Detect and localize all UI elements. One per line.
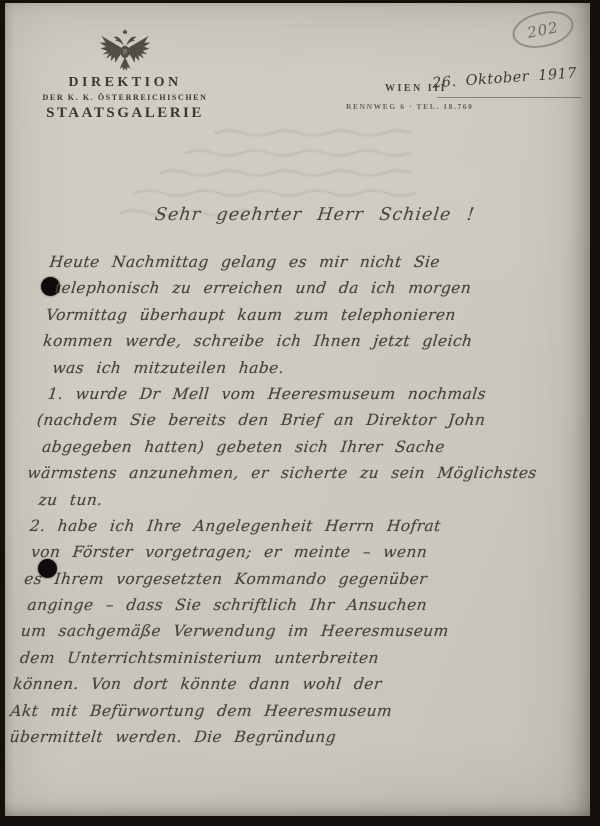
handwritten-line: Heute Nachmittag gelang es mir nicht Sie <box>48 249 556 275</box>
handwritten-line: können. Von dort könnte dann wohl der <box>4 671 512 697</box>
handwritten-line: (nachdem Sie bereits den Brief an Direkt… <box>32 407 540 433</box>
handwritten-line: 2. habe ich Ihre Angelegenheit Herrn Hof… <box>20 513 528 539</box>
letterhead-der-kk: DER K. K. ÖSTERREICHISCHEN <box>22 92 228 103</box>
handwritten-line: abgegeben hatten) gebeten sich Ihrer Sac… <box>29 434 537 460</box>
handwritten-line: von Förster vorgetragen; er meinte – wen… <box>18 539 526 565</box>
handwritten-line: übermittelt werden. Die Begründung <box>0 724 506 750</box>
handwritten-line: um sachgemäße Verwendung im Heeresmuseum <box>9 618 517 644</box>
handwritten-line: dem Unterrichtsministerium unterbreiten <box>7 645 515 671</box>
folio-number: 202 <box>526 18 560 42</box>
handwritten-line: kommen werde, schreibe ich Ihnen jetzt g… <box>40 328 548 354</box>
handwriting-body: Heute Nachmittag gelang es mir nicht Sie… <box>0 249 556 750</box>
letterhead-staatsgalerie: STAATSGALERIE <box>22 105 228 121</box>
handwritten-line: wärmstens anzunehmen, er sicherte zu sei… <box>26 460 534 486</box>
double-eagle-emblem-icon <box>98 29 152 73</box>
date-rule-line <box>437 97 581 98</box>
handwritten-line: es Ihrem vorgesetzten Kommando gegenüber <box>15 566 523 592</box>
scanned-letter-page: DIREKTION DER K. K. ÖSTERREICHISCHEN STA… <box>0 0 600 826</box>
letterhead-direktion: DIREKTION <box>22 75 228 90</box>
letterhead-address: RENNWEG 6 · TEL. 18.760 <box>346 102 474 111</box>
handwritten-line: anginge – dass Sie schriftlich Ihr Ansuc… <box>12 592 520 618</box>
paper-sheet: DIREKTION DER K. K. ÖSTERREICHISCHEN STA… <box>5 3 590 816</box>
letterhead: DIREKTION DER K. K. ÖSTERREICHISCHEN STA… <box>22 29 228 121</box>
handwritten-line: telephonisch zu erreichen und da ich mor… <box>45 275 553 301</box>
handwritten-date: 26. Oktober 1917 <box>432 64 593 91</box>
folio-number-circle: 202 <box>509 5 577 53</box>
handwritten-line: was ich mitzuteilen habe. <box>37 355 545 381</box>
handwritten-line: 1. wurde Dr Mell vom Heeresmuseum nochma… <box>34 381 542 407</box>
handwritten-line: zu tun. <box>23 487 531 513</box>
salutation: Sehr geehrter Herr Schiele ! <box>154 205 476 225</box>
handwritten-line: Akt mit Befürwortung dem Heeresmuseum <box>1 698 509 724</box>
handwritten-line: Vormittag überhaupt kaum zum telephonier… <box>43 302 551 328</box>
